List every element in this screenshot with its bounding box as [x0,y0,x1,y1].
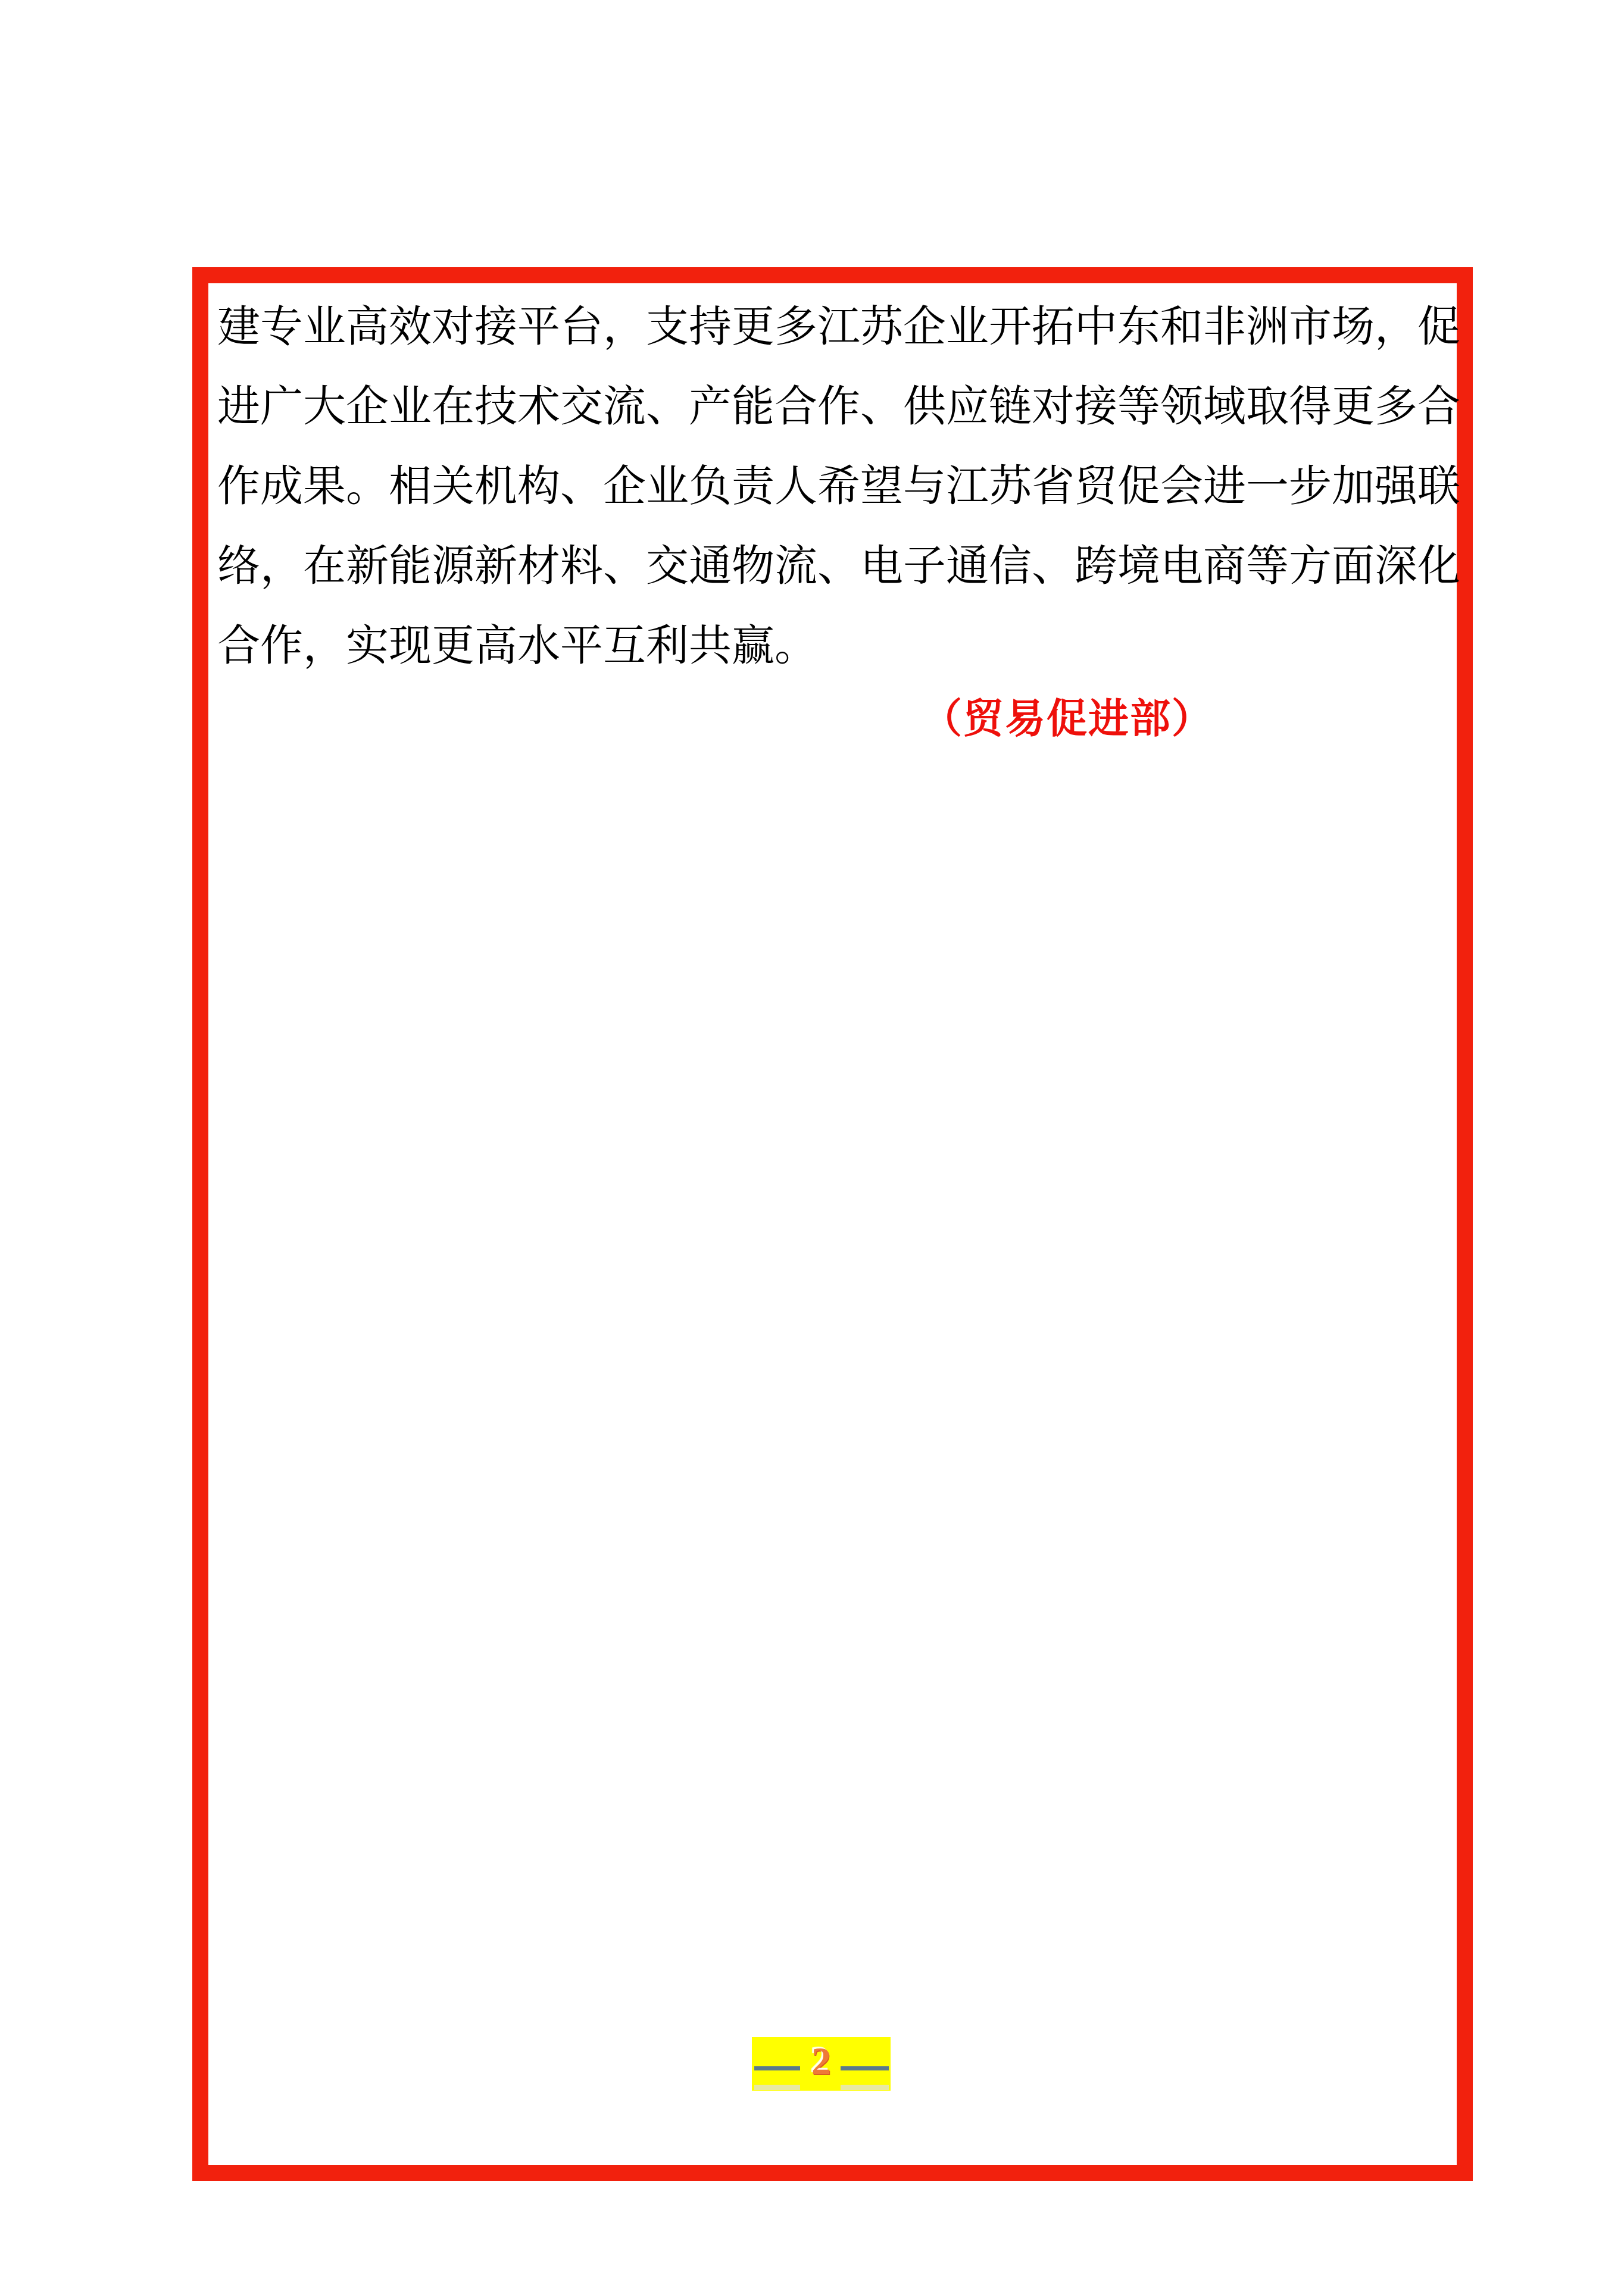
paragraph-line-4: 络，在新能源新材料、交通物流、电子通信、跨境电商等方面深化 [217,526,1421,606]
document-page: 建专业高效对接平台，支持更多江苏企业开拓中东和非洲市场，促 进广大企业在技术交流… [0,0,1624,2296]
page-number-dash-right-echo [841,2085,889,2090]
paragraph-line-5: 合作，实现更高水平互利共赢。 [217,606,1421,686]
department-signature: （贸易促进部） [217,689,1421,749]
body-paragraph: 建专业高效对接平台，支持更多江苏企业开拓中东和非洲市场，促 进广大企业在技术交流… [217,287,1421,686]
page-number-highlight: 2 [752,2037,891,2091]
paragraph-line-1: 建专业高效对接平台，支持更多江苏企业开拓中东和非洲市场，促 [217,287,1421,367]
page-number-dash-right [841,2066,889,2070]
paragraph-line-2: 进广大企业在技术交流、产能合作、供应链对接等领域取得更多合 [217,367,1421,446]
paragraph-line-3: 作成果。相关机构、企业负责人希望与江苏省贸促会进一步加强联 [217,446,1421,526]
page-number: 2 [752,2042,891,2081]
page-number-dash-left-echo [754,2085,800,2090]
